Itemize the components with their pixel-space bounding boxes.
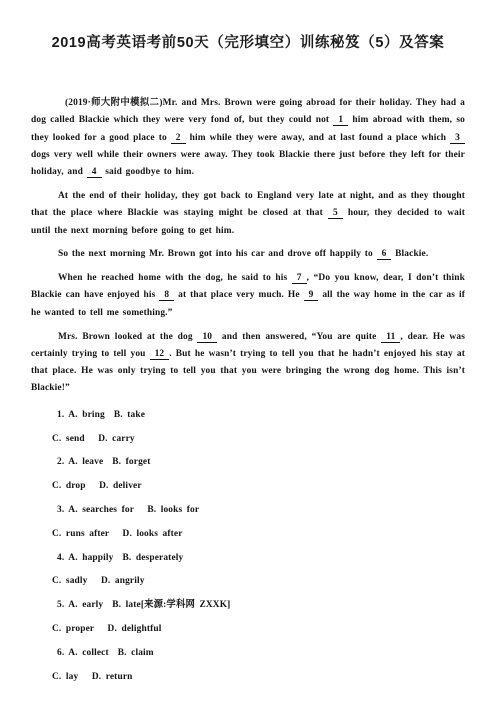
option-line: 6. A. collect B. claim: [31, 645, 465, 662]
option-line: C. sadly D. angrily: [31, 573, 465, 590]
cloze-blank: 8: [159, 290, 174, 301]
cloze-blank: 6: [377, 249, 392, 260]
option-line: 4. A. happily B. desperately: [31, 550, 465, 567]
cloze-blank: 1: [333, 115, 348, 126]
cloze-blank: 3: [450, 133, 465, 144]
cloze-blank: 9: [304, 290, 319, 301]
passage-paragraph: At the end of their holiday, they got ba…: [31, 188, 465, 240]
document-page: 2019高考英语考前50天（完形填空）训练秘笈（5）及答案 (2019·师大附中…: [0, 0, 496, 702]
passage-paragraph: So the next morning Mr. Brown got into h…: [31, 246, 465, 263]
cloze-blank: 12: [150, 349, 170, 360]
option-line: 2. A. leave B. forget: [31, 454, 465, 471]
document-title: 2019高考英语考前50天（完形填空）训练秘笈（5）及答案: [0, 0, 496, 52]
passage-article: (2019·师大附中模拟二)Mr. and Mrs. Brown were go…: [31, 95, 465, 692]
options-list: 1. A. bring B. take C. send D. carry 2. …: [31, 407, 465, 686]
option-line: 1. A. bring B. take: [31, 407, 465, 424]
option-line: C. send D. carry: [31, 431, 465, 448]
cloze-blank: 2: [171, 133, 186, 144]
option-line: C. drop D. deliver: [31, 478, 465, 495]
cloze-blank: 10: [197, 332, 217, 343]
passage-paragraph: When he reached home with the dog, he sa…: [31, 270, 465, 322]
cloze-blank: 11: [381, 332, 400, 343]
passage-paragraph: Mrs. Brown looked at the dog 10 and then…: [31, 329, 465, 398]
cloze-blank: 5: [328, 208, 343, 219]
option-line: C. proper D. delightful: [31, 621, 465, 638]
cloze-blank: 4: [87, 167, 102, 178]
option-line: C. runs after D. looks after: [31, 526, 465, 543]
cloze-blank: 7: [292, 273, 307, 284]
option-line: C. lay D. return: [31, 669, 465, 686]
option-line: 3. A. searches for B. looks for: [31, 502, 465, 519]
passage-paragraph: (2019·师大附中模拟二)Mr. and Mrs. Brown were go…: [31, 95, 465, 181]
option-line: 5. A. early B. late[来源:学科网 ZXXK]: [31, 597, 465, 614]
